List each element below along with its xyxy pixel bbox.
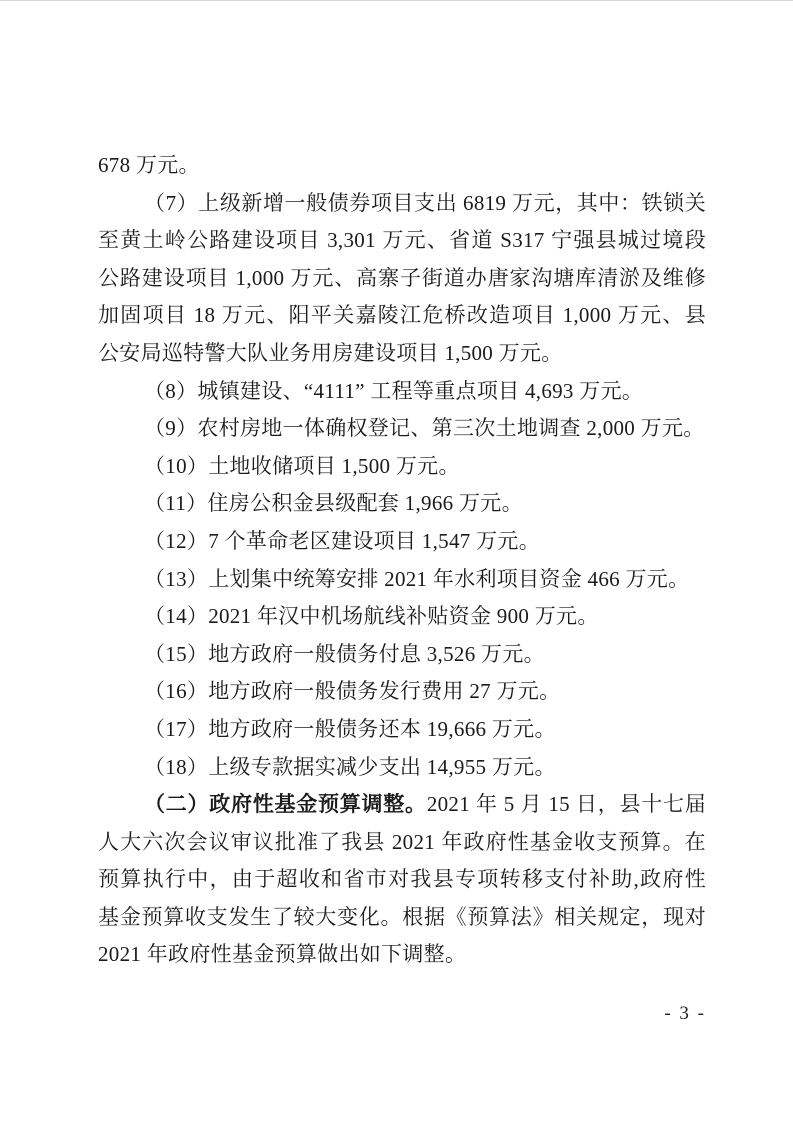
item-7-line-4: 加固项目 18 万元、阳平关嘉陵江危桥改造项目 1,000 万元、县: [98, 297, 706, 335]
list-item-16: （16）地方政府一般债务发行费用 27 万元。: [98, 673, 706, 711]
item-7-line-1: （7）上级新增一般债券项目支出 6819 万元，其中：铁锁关: [98, 185, 706, 223]
list-item-7-paragraph: （7）上级新增一般债券项目支出 6819 万元，其中：铁锁关 至黄土岭公路建设项…: [98, 185, 706, 373]
list-item-10: （10）土地收储项目 1,500 万元。: [98, 448, 706, 486]
list-item-11: （11）住房公积金县级配套 1,966 万元。: [98, 485, 706, 523]
section-2-line-1-rest: 2021 年 5 月 15 日，县十七届: [427, 792, 706, 816]
page-footer: - 3 -: [0, 1003, 706, 1025]
section-2-line-4: 基金预算收支发生了较大变化。根据《预算法》相关规定，现对: [98, 899, 706, 937]
paragraph-continuation-line: 678 万元。: [98, 147, 706, 185]
list-item-13: （13）上划集中统筹安排 2021 年水利项目资金 466 万元。: [98, 561, 706, 599]
list-item-15: （15）地方政府一般债务付息 3,526 万元。: [98, 636, 706, 674]
page-number: - 3 -: [664, 1003, 706, 1024]
list-item-14: （14）2021 年汉中机场航线补贴资金 900 万元。: [98, 598, 706, 636]
section-2-line-5: 2021 年政府性基金预算做出如下调整。: [98, 936, 706, 974]
list-item-17: （17）地方政府一般债务还本 19,666 万元。: [98, 711, 706, 749]
document-content: 678 万元。 （7）上级新增一般债券项目支出 6819 万元，其中：铁锁关 至…: [98, 147, 706, 974]
section-2-line-1: （二）政府性基金预算调整。2021 年 5 月 15 日，县十七届: [98, 786, 706, 824]
section-2-paragraph: （二）政府性基金预算调整。2021 年 5 月 15 日，县十七届 人大六次会议…: [98, 786, 706, 974]
list-item-18: （18）上级专款据实减少支出 14,955 万元。: [98, 749, 706, 787]
list-item-8: （8）城镇建设、“4111” 工程等重点项目 4,693 万元。: [98, 373, 706, 411]
list-item-12: （12）7 个革命老区建设项目 1,547 万元。: [98, 523, 706, 561]
list-item-9: （9）农村房地一体确权登记、第三次土地调查 2,000 万元。: [98, 410, 706, 448]
document-page: 678 万元。 （7）上级新增一般债券项目支出 6819 万元，其中：铁锁关 至…: [0, 0, 793, 1122]
section-2-line-3: 预算执行中，由于超收和省市对我县专项转移支付补助,政府性: [98, 861, 706, 899]
item-7-line-5: 公安局巡特警大队业务用房建设项目 1,500 万元。: [98, 335, 706, 373]
item-7-line-2: 至黄土岭公路建设项目 3,301 万元、省道 S317 宁强县城过境段: [98, 222, 706, 260]
section-2-heading: （二）政府性基金预算调整。: [144, 792, 427, 816]
item-7-line-3: 公路建设项目 1,000 万元、高寨子街道办唐家沟塘库清淤及维修: [98, 260, 706, 298]
section-2-line-2: 人大六次会议审议批准了我县 2021 年政府性基金收支预算。在: [98, 824, 706, 862]
